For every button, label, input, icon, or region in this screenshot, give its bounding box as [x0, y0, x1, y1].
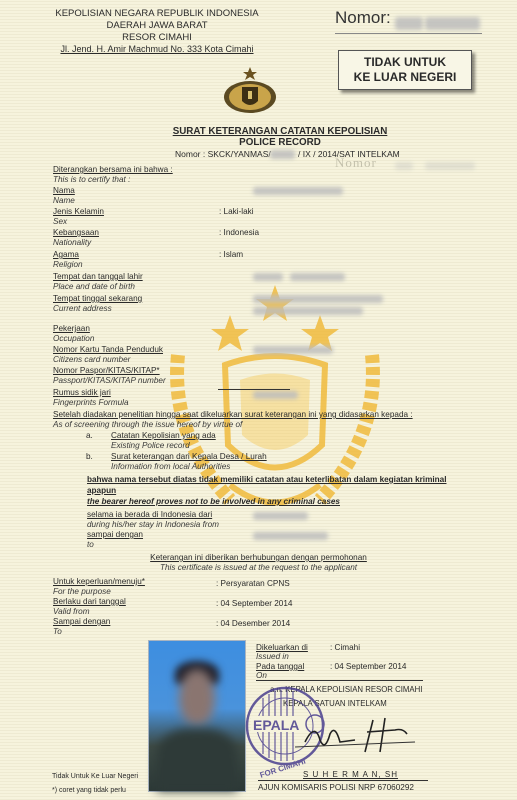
- statement-en: the bearer hereof proves not to be invol…: [87, 497, 340, 507]
- screening-item-a-en: Existing Police record: [111, 441, 190, 451]
- redacted-nomor-a: [395, 17, 423, 30]
- nomor-label: Nomor:: [335, 13, 391, 23]
- statement-id-line2: apapun: [87, 486, 116, 496]
- redacted-value: [253, 295, 383, 303]
- redacted-nomor-b: [425, 17, 480, 30]
- nomor-underline: [335, 33, 482, 34]
- org-line-1: KEPOLISIAN NEGARA REPUBLIK INDONESIA: [52, 8, 262, 19]
- purpose-label-en: For the purpose: [53, 587, 111, 597]
- redacted-value: [253, 273, 283, 281]
- field-label-en: Occupation: [53, 334, 94, 344]
- redacted-value: [253, 307, 363, 315]
- screening-item-b-id: Surat keterangan dari Kepala Desa / Lura…: [111, 452, 267, 462]
- intro-en: This is to certify that :: [53, 175, 130, 185]
- notice-line-1: TIDAK UNTUK: [339, 55, 471, 70]
- police-emblem-icon: [222, 65, 278, 115]
- document-title: SURAT KETERANGAN CATATAN KEPOLISIAN: [130, 127, 430, 137]
- faint-redaction-a: [395, 162, 413, 170]
- field-label-en: Fingerprints Formula: [53, 398, 129, 408]
- document-number-prefix: Nomor : SKCK/YANMAS/: [175, 149, 271, 159]
- applicant-photo: [148, 640, 246, 792]
- screening-item-b-marker: b.: [86, 452, 93, 462]
- field-label-en: Sex: [53, 217, 67, 227]
- org-line-3: RESOR CIMAHI: [52, 32, 262, 43]
- faint-redaction-b: [425, 162, 475, 170]
- stay-to-en: to: [87, 540, 94, 550]
- field-label-en: Passport/KITAS/KITAP number: [53, 376, 166, 386]
- redacted-value: [290, 273, 345, 281]
- issue-place-value: : Cimahi: [330, 643, 360, 653]
- footer-note-1: Tidak Untuk Ke Luar Negeri: [52, 772, 146, 782]
- stay-from-id: selama ia berada di Indonesia dari: [87, 510, 212, 520]
- field-label-id: Agama: [53, 250, 79, 260]
- field-value: : Laki-laki: [219, 207, 254, 217]
- not-for-abroad-box: TIDAK UNTUK KE LUAR NEGERI: [338, 50, 472, 90]
- purpose-value: : 04 September 2014: [216, 599, 292, 609]
- screening-item-b-en: Information from local Authorities: [111, 462, 230, 472]
- purpose-value: : 04 Desember 2014: [216, 619, 290, 629]
- field-label-en: Nationality: [53, 238, 91, 248]
- field-label-en: Place and date of birth: [53, 282, 135, 292]
- field-label-id: Kebangsaan: [53, 228, 99, 238]
- redacted-value: [253, 391, 298, 399]
- screening-en: As of screening through the issue hereof…: [53, 420, 242, 430]
- notice-line-2: KE LUAR NEGERI: [339, 70, 471, 85]
- field-label-id: Jenis Kelamin: [53, 207, 104, 217]
- purpose-label-id: Berlaku dari tanggal: [53, 597, 126, 607]
- intro-id: Diterangkan bersama ini bahwa :: [53, 165, 173, 175]
- officer-rank: AJUN KOMISARIS POLISI NRP 67060292: [258, 783, 414, 793]
- faint-nomor-watermark: Nomor: [335, 158, 377, 168]
- signature-scribble: [295, 712, 435, 762]
- field-label-en: Current address: [53, 304, 112, 314]
- field-label-id: Tempat tinggal sekarang: [53, 294, 142, 304]
- redacted-value: [253, 187, 343, 195]
- field-label-id: Rumus sidik jari: [53, 388, 111, 398]
- field-label-en: Name: [53, 196, 75, 206]
- field-label-id: Pekerjaan: [53, 324, 90, 334]
- stay-to-id: sampai dengan: [87, 530, 143, 540]
- purpose-label-id: Sampai dengan: [53, 617, 110, 627]
- field-label-en: Citizens card number: [53, 355, 130, 365]
- purpose-label-en: Valid from: [53, 607, 90, 617]
- field-value: : Islam: [219, 250, 243, 260]
- statement-id-line1: bahwa nama tersebut diatas tidak memilik…: [87, 475, 446, 485]
- screening-item-a-id: Catatan Kepolisian yang ada: [111, 431, 216, 441]
- officer-name: S U H E R M A N, SH: [303, 770, 398, 780]
- field-label-id: Nama: [53, 186, 75, 196]
- screening-item-a-marker: a.: [86, 431, 93, 441]
- police-watermark-icon: [170, 285, 380, 525]
- footer-note-2: *) coret yang tidak perlu: [52, 786, 126, 796]
- field-label-id: Nomor Paspor/KITAS/KITAP*: [53, 366, 160, 376]
- officer-divider: [258, 780, 428, 781]
- screening-id: Setelah diadakan penelitian hingga saat …: [53, 410, 413, 420]
- org-line-2: DAERAH JAWA BARAT: [52, 20, 262, 31]
- issue-date-value: : 04 September 2014: [330, 662, 406, 672]
- request-en: This certificate is issued at the reques…: [0, 563, 517, 573]
- stay-from-en: during his/her stay in Indonesia from: [87, 520, 219, 530]
- purpose-value: : Persyaratan CPNS: [216, 579, 290, 589]
- svg-text:EPALA: EPALA: [253, 717, 299, 733]
- redacted-value: [253, 346, 333, 354]
- fingerprint-formula-line: [218, 389, 290, 390]
- field-label-en: Religion: [53, 260, 83, 270]
- org-address: Jl. Jend. H. Amir Machmud No. 333 Kota C…: [52, 44, 262, 55]
- issue-place-en: Issued in: [256, 652, 289, 662]
- field-value: : Indonesia: [219, 228, 259, 238]
- request-id: Keterangan ini diberikan berhubungan den…: [0, 553, 517, 563]
- field-label-id: Tempat dan tanggal lahir: [53, 272, 143, 282]
- purpose-label-id: Untuk keperluan/menuju*: [53, 577, 145, 587]
- purpose-label-en: To: [53, 627, 62, 637]
- redacted-doc-number: [270, 150, 295, 159]
- redacted-stay-to: [253, 532, 328, 540]
- field-label-id: Nomor Kartu Tanda Penduduk: [53, 345, 163, 355]
- redacted-stay-from: [253, 512, 308, 520]
- document-subtitle: POLICE RECORD: [130, 138, 430, 148]
